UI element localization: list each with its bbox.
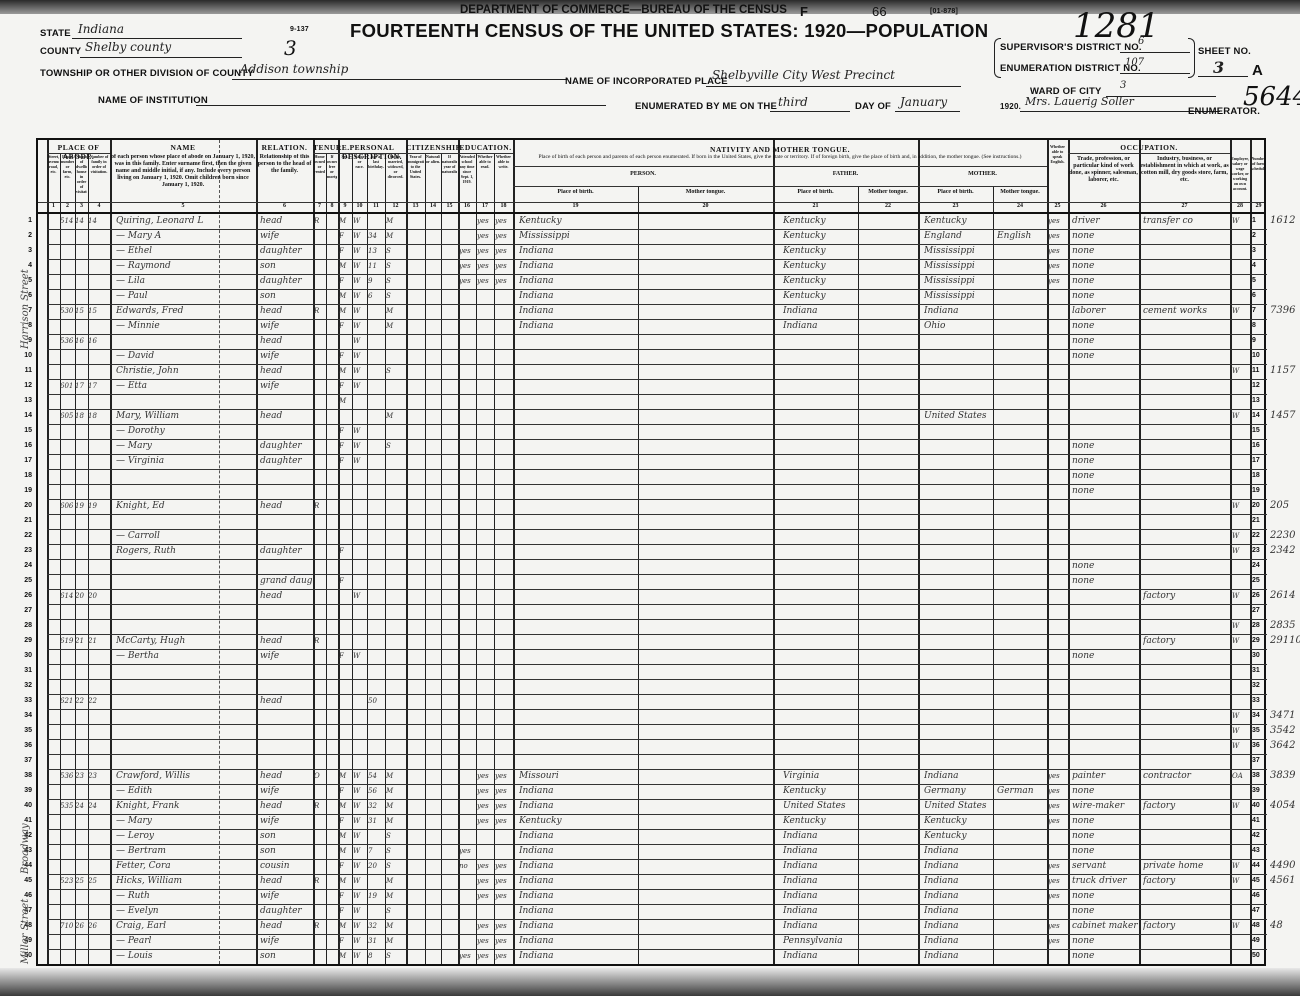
column-header-10: Color or race. [353,154,366,200]
birthplace: Mississippi [519,229,638,244]
trade: none [1072,439,1139,454]
census-sheet: STATE Indiana COUNTY Shelby county TOWNS… [0,0,1300,996]
speaks-english: yes [1048,799,1068,814]
row-number-left: 12 [18,382,32,389]
sex: M [339,214,352,229]
race: W [353,259,367,274]
person-name: Mary, William [116,409,256,424]
row-number-left: 20 [18,502,32,509]
handwritten-page: 3 [284,36,297,60]
dwelling-number: 19 [75,499,88,514]
employer-class: W [1232,859,1250,874]
race: W [353,814,367,829]
trade: none [1072,574,1139,589]
row-number-left: 11 [18,367,32,374]
mother-birthplace: Indiana [924,874,993,889]
sex: M [339,829,352,844]
row-number-right: 22 [1252,532,1266,539]
margin-note-number: 29110 [1270,635,1300,646]
relation: head [260,634,313,649]
relation: son [260,844,313,859]
sex: M [339,394,352,409]
supervisor-underline [1120,52,1190,53]
employer-class: W [1232,529,1250,544]
enumerated-label: ENUMERATED BY ME ON THE [635,101,777,112]
row-number-right: 20 [1252,502,1266,509]
family-number: 19 [88,499,110,514]
birthplace: Indiana [519,904,638,919]
person-name: Craig, Earl [116,919,256,934]
house-number: 605 [60,409,75,424]
marital-status: S [386,829,406,844]
relation: daughter [260,904,313,919]
trade: driver [1072,214,1139,229]
sex: F [339,784,352,799]
row-divider [47,754,1267,755]
home-owned: O [314,769,326,784]
person-name: — Minnie [116,319,256,334]
dwelling-number: 20 [75,589,88,604]
employer-class: W [1232,589,1250,604]
house-number: 514 [60,214,75,229]
birthplace: Indiana [519,844,638,859]
state-label: STATE [40,28,71,39]
township-value: Addison township [240,62,348,76]
mother-birthplace: Indiana [924,844,993,859]
age: 31 [368,814,385,829]
race: W [353,769,367,784]
house-number: 601 [60,379,75,394]
column-divider [313,140,315,964]
race: W [353,349,367,364]
race: W [353,649,367,664]
margin-note-number: 48 [1270,920,1283,931]
row-number-left: 25 [18,577,32,584]
race: W [353,289,367,304]
trade: none [1072,484,1139,499]
row-number-left: 1 [18,217,32,224]
age: 9 [368,274,385,289]
marital-status: M [386,889,406,904]
sex: M [339,799,352,814]
mother-birthplace: Germany [924,784,993,799]
relation: head [260,334,313,349]
marital-status: M [386,934,406,949]
column-number: 22 [858,203,918,209]
row-number-left: 30 [18,652,32,659]
institution-underline [196,105,606,106]
trade: none [1072,469,1139,484]
father-birthplace: Kentucky [783,814,858,829]
trade: none [1072,454,1139,469]
dwelling-number: 14 [75,214,88,229]
row-number-right: 31 [1252,667,1266,674]
able-to-read: yes [477,934,494,949]
column-header-18: Whether able to write. [495,154,512,200]
column-divider [1068,140,1070,964]
county-underline [80,57,242,58]
mother-birthplace: Mississippi [924,244,993,259]
industry: factory [1143,874,1230,889]
sex: F [339,439,352,454]
mother-birthplace: Mississippi [924,259,993,274]
age: 54 [368,769,385,784]
column-number: 8 [326,203,338,209]
person-name: — Paul [116,289,256,304]
marital-status: M [386,814,406,829]
marital-status: S [386,859,406,874]
age: 19 [368,889,385,904]
industry: private home [1143,859,1230,874]
speaks-english: yes [1048,919,1068,934]
race: W [353,829,367,844]
marital-status: S [386,274,406,289]
column-divider [993,186,994,964]
row-number-right: 8 [1252,322,1266,329]
relation: daughter [260,454,313,469]
row-number-right: 32 [1252,682,1266,689]
relation: head [260,799,313,814]
able-to-read: yes [477,919,494,934]
mother-birthplace: Indiana [924,904,993,919]
person-name: — Bertram [116,844,256,859]
family-number: 16 [88,334,110,349]
birthplace: Indiana [519,289,638,304]
row-number-left: 34 [18,712,32,719]
person-name: — Mary [116,439,256,454]
mother-birthplace: Mississippi [924,274,993,289]
township-underline [232,79,567,80]
relation: wife [260,889,313,904]
margin-note-number: 4561 [1270,875,1295,886]
dwelling-number: 16 [75,334,88,349]
sex: F [339,649,352,664]
row-number-left: 26 [18,592,32,599]
trade: none [1072,349,1139,364]
marital-status: M [386,919,406,934]
sex: F [339,319,352,334]
column-divider [638,186,639,964]
sex: F [339,379,352,394]
row-divider [47,709,1267,710]
form-number: 9-137 [290,26,309,33]
row-number-right: 43 [1252,847,1266,854]
month-underline [895,111,960,112]
marital-status: S [386,439,406,454]
column-header-8: If owned, free or mortgaged. [327,154,337,200]
group-citizenship: CITIZENSHIP. [406,143,458,152]
relation: daughter [260,544,313,559]
row-number-right: 34 [1252,712,1266,719]
township-label: TOWNSHIP OR OTHER DIVISION OF COUNTY [40,68,254,79]
year-label: 1920. [1000,102,1021,111]
row-number-right: 44 [1252,862,1266,869]
able-to-write: yes [495,769,513,784]
family-number: 22 [88,694,110,709]
column-number: 14 [425,203,441,209]
able-to-read: yes [477,889,494,904]
incorporated-place-value: Shelbyville City West Precinct [712,68,895,82]
person-name: — Pearl [116,934,256,949]
race: W [353,319,367,334]
employer-class: W [1232,499,1250,514]
column-number: 28 [1230,203,1250,209]
father-birthplace: Kentucky [783,244,858,259]
sheet-letter: A [1252,62,1263,79]
father-birthplace: Kentucky [783,289,858,304]
row-number-right: 47 [1252,907,1266,914]
person-name: — Ethel [116,244,256,259]
sex: F [339,544,352,559]
race: W [353,454,367,469]
trade: truck driver [1072,874,1139,889]
relation: head [260,304,313,319]
trade: none [1072,229,1139,244]
mother-birthplace: United States [924,799,993,814]
margin-street-3: Miller Street [20,899,31,964]
row-number-right: 36 [1252,742,1266,749]
father-birthplace: Indiana [783,919,858,934]
able-to-read: yes [477,814,494,829]
relation: son [260,829,313,844]
day-of-label: DAY OF [855,101,891,112]
department-line: DEPARTMENT OF COMMERCE—BUREAU OF THE CEN… [460,4,787,16]
row-number-right: 25 [1252,577,1266,584]
column-number: 29 [1250,203,1267,209]
row-divider [47,514,1267,515]
row-divider [47,694,1267,695]
age: 6 [368,289,385,304]
margin-note-number: 2835 [1270,620,1295,631]
person-name: — Leroy [116,829,256,844]
able-to-write: yes [495,874,513,889]
birthplace: Indiana [519,274,638,289]
able-to-write: yes [495,934,513,949]
birthplace: Indiana [519,874,638,889]
employer-class: W [1232,214,1250,229]
row-number-right: 6 [1252,292,1266,299]
margin-note-number: 3642 [1270,740,1295,751]
column-header-9: Sex. [339,154,351,200]
trade: none [1072,904,1139,919]
relation: son [260,289,313,304]
column-header-15: If naturalized, year of naturalization. [442,154,457,200]
race: W [353,784,367,799]
trade: none [1072,949,1139,964]
birthplace: Missouri [519,769,638,784]
row-number-left: 36 [18,742,32,749]
person-name: McCarty, Hugh [116,634,256,649]
row-number-left: 3 [18,247,32,254]
row-number-right: 33 [1252,697,1266,704]
column-number: 17 [476,203,494,209]
speaks-english: yes [1048,874,1068,889]
column-number: 25 [1047,203,1068,209]
house-number: 710 [60,919,75,934]
trade: none [1072,844,1139,859]
row-number-left: 37 [18,757,32,764]
father-birthplace: Indiana [783,859,858,874]
trade: none [1072,259,1139,274]
home-owned: R [314,499,326,514]
industry: factory [1143,634,1230,649]
incorporated-place-underline [706,86,961,87]
sex: M [339,364,352,379]
person-name: — Mary [116,814,256,829]
person-name: Crawford, Willis [116,769,256,784]
column-header-17: Whether able to read. [477,154,493,200]
sheet-value: 3 [1213,58,1224,77]
marital-status: M [386,799,406,814]
house-number: 523 [60,874,75,889]
mother-birthplace: Indiana [924,889,993,904]
mother-subheader: MOTHER. [918,171,1047,178]
mother-birthplace: Indiana [924,919,993,934]
home-owned: R [314,304,326,319]
column-number: 11 [367,203,385,209]
house-number: 606 [60,499,75,514]
employer-class: W [1232,874,1250,889]
mother-birthplace: Indiana [924,859,993,874]
marital-status: S [386,844,406,859]
column-header-26: Trade, profession, or particular kind of… [1069,156,1138,200]
trade: cabinet maker [1072,919,1139,934]
marital-status: S [386,364,406,379]
race: W [353,439,367,454]
speaks-english: yes [1048,229,1068,244]
person-name: — David [116,349,256,364]
able-to-write: yes [495,799,513,814]
person-name: — Lila [116,274,256,289]
form-code: [01-878] [930,8,958,15]
trade: none [1072,814,1139,829]
row-number-left: 17 [18,457,32,464]
sex: M [339,844,352,859]
row-number-left: 16 [18,442,32,449]
column-number: 21 [773,203,858,209]
column-header-11: Age at last birthday. [368,154,384,200]
sex: F [339,274,352,289]
row-number-right: 26 [1252,592,1266,599]
person-name: Fetter, Cora [116,859,256,874]
column-number: 10 [352,203,367,209]
supervisor-value: 6 [1138,36,1144,47]
row-number-left: 18 [18,472,32,479]
dwelling-number: 17 [75,379,88,394]
able-to-write: yes [495,784,513,799]
ward-underline [1106,96,1216,97]
able-to-read: yes [477,229,494,244]
marital-status: M [386,214,406,229]
relation: head [260,874,313,889]
person-name: — Edith [116,784,256,799]
mother-birthplace: Indiana [924,769,993,784]
trade: none [1072,289,1139,304]
row-number-left: 23 [18,547,32,554]
group-education: EDUCATION. [458,143,513,152]
trade: none [1072,934,1139,949]
district-bracket-left [994,38,1001,78]
row-number-right: 16 [1252,442,1266,449]
row-number-right: 39 [1252,787,1266,794]
person-subheader: PERSON. [513,171,773,178]
column-number: 9 [338,203,352,209]
father-birthplace: Indiana [783,889,858,904]
column-divider [918,140,920,964]
column-number: 23 [918,203,993,209]
speaks-english: yes [1048,814,1068,829]
row-number-right: 10 [1252,352,1266,359]
row-number-right: 37 [1252,757,1266,764]
birthplace: Indiana [519,829,638,844]
father-birthplace: Indiana [783,844,858,859]
row-number-right: 45 [1252,877,1266,884]
able-to-read: yes [477,799,494,814]
margin-note-number: 2342 [1270,545,1295,556]
dwelling-number: 23 [75,769,88,784]
sex: M [339,769,352,784]
dwelling-number: 25 [75,874,88,889]
row-number-right: 38 [1252,772,1266,779]
trade: laborer [1072,304,1139,319]
column-header-16: Attended school any time since Sept. 1, … [459,154,475,200]
able-to-write: yes [495,244,513,259]
able-to-write: yes [495,949,513,964]
column-header-28: Employer, salary or wage worker, or work… [1231,156,1249,200]
mother-birthplace: Kentucky [924,814,993,829]
sex: F [339,229,352,244]
mother-mother-tongue: English [997,229,1047,244]
person-name: Rogers, Ruth [116,544,256,559]
sex: F [339,904,352,919]
mother-birthplace: Mississippi [924,289,993,304]
employer-class: W [1232,544,1250,559]
column-number: 2 [60,203,75,209]
margin-note-number: 2614 [1270,590,1295,601]
row-number-right: 13 [1252,397,1266,404]
race: W [353,859,367,874]
trade: none [1072,649,1139,664]
dwelling-number: 22 [75,694,88,709]
row-number-left: 31 [18,667,32,674]
trade: none [1072,244,1139,259]
able-to-write: yes [495,919,513,934]
father-birthplace: Indiana [783,829,858,844]
sex: F [339,349,352,364]
sex: M [339,304,352,319]
row-number-left: 29 [18,637,32,644]
family-number: 26 [88,919,110,934]
sex: M [339,949,352,964]
column-header-14: Naturalized or alien. [426,154,440,200]
dwelling-number: 26 [75,919,88,934]
margin-note-number: 4490 [1270,860,1295,871]
enumeration-value: 107 [1125,57,1144,68]
industry: factory [1143,919,1230,934]
employer-class: W [1232,619,1250,634]
day-underline [770,111,850,112]
father-birthplace: Indiana [783,319,858,334]
page-stamp-number: 1281 [1073,6,1160,46]
employer-class: W [1232,724,1250,739]
row-number-right: 19 [1252,487,1266,494]
relation: head [260,364,313,379]
person-name: — Raymond [116,259,256,274]
home-owned: R [314,919,326,934]
father-birthplace: Virginia [783,769,858,784]
row-number-right: 48 [1252,922,1266,929]
row-number-left: 13 [18,397,32,404]
